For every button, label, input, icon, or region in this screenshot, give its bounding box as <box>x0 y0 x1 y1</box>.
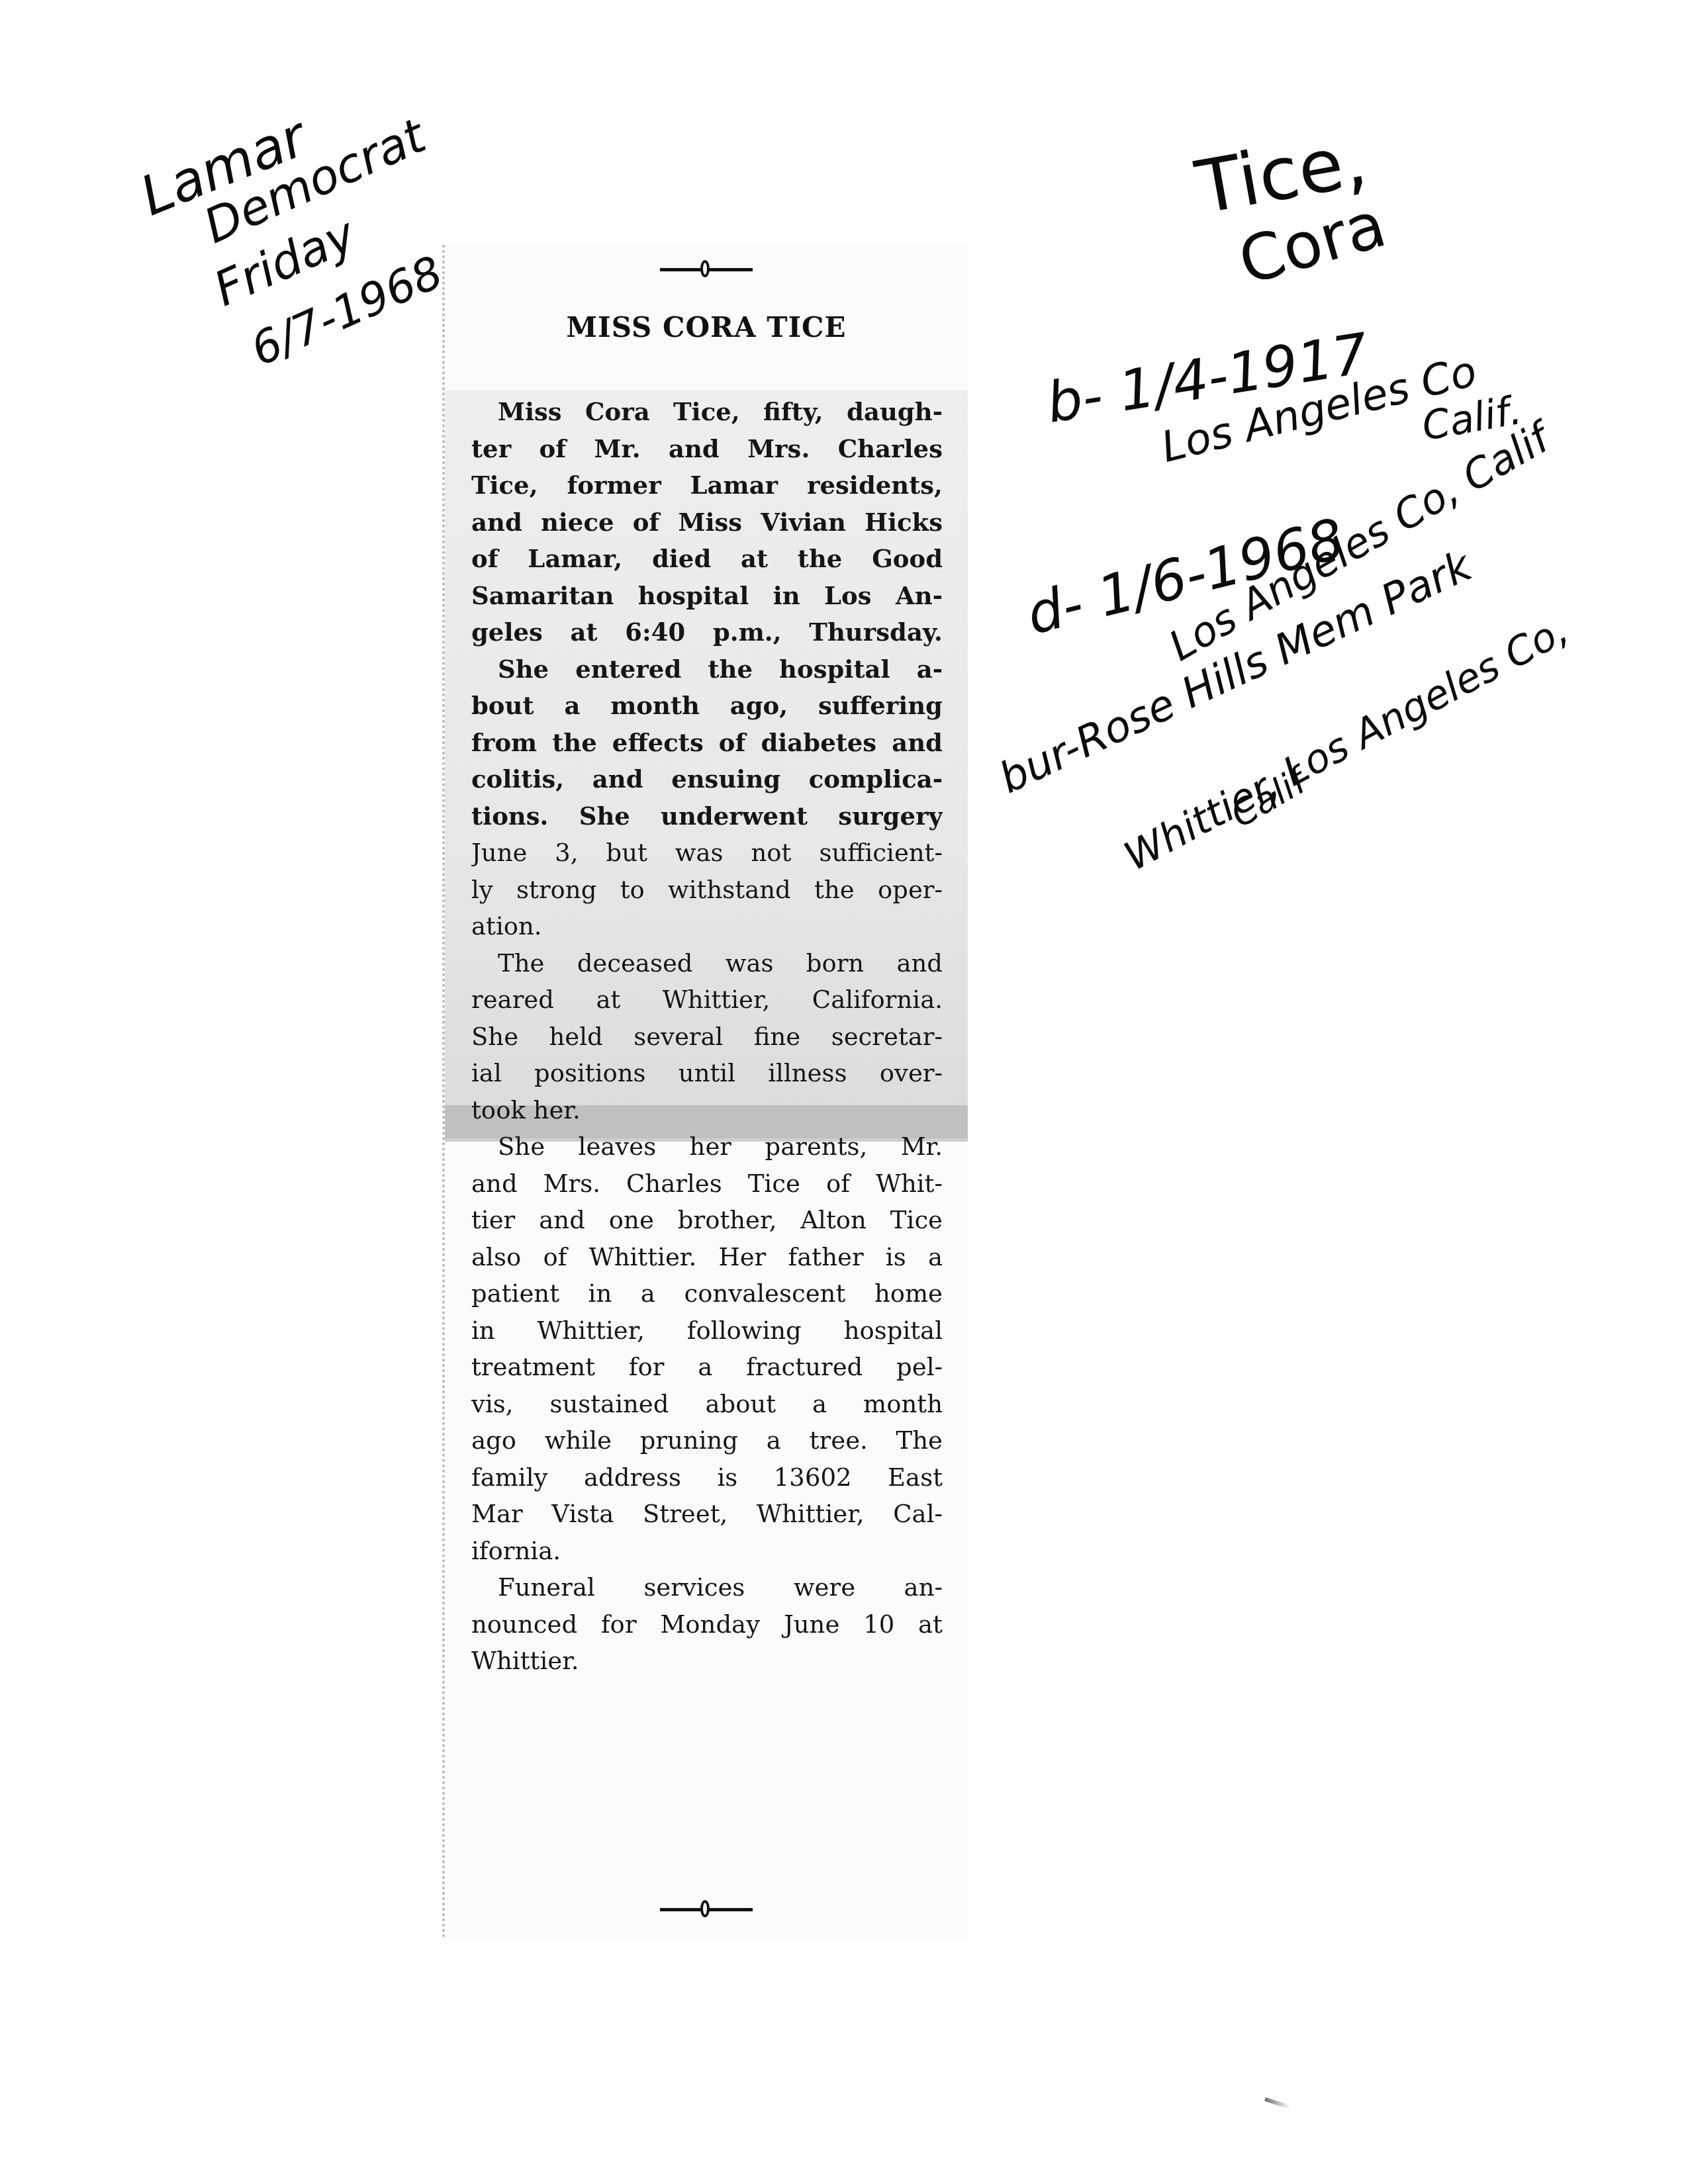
obituary-text-line: ation. <box>471 908 943 945</box>
obituary-text-line: ial positions until illness over- <box>471 1055 943 1092</box>
obituary-text-line: She leaves her parents, Mr. <box>471 1128 943 1165</box>
obituary-text-line: Tice, former Lamar residents, <box>471 467 943 504</box>
obituary-text-line: ifornia. <box>471 1533 943 1570</box>
obituary-text-line: colitis, and ensuing complica- <box>471 761 943 798</box>
bottom-divider-ornament <box>660 1899 753 1919</box>
scan-smudge-mark <box>1264 2097 1291 2109</box>
obituary-text-line: also of Whittier. Her father is a <box>471 1239 943 1276</box>
obituary-text-line: from the effects of diabetes and <box>471 725 943 762</box>
obituary-text-line: took her. <box>471 1092 943 1129</box>
obituary-text-line: nounced for Monday June 10 at <box>471 1606 943 1643</box>
top-divider-ornament <box>660 259 753 279</box>
obituary-text-line: reared at Whittier, California. <box>471 981 943 1019</box>
obituary-text-line: bout a month ago, suffering <box>471 688 943 725</box>
obituary-text-line: ter of Mr. and Mrs. Charles <box>471 431 943 468</box>
obituary-text-line: tions. She underwent surgery <box>471 798 943 835</box>
obituary-text-line: treatment for a fractured pel- <box>471 1349 943 1386</box>
obituary-text-line: family address is 13602 East <box>471 1459 943 1496</box>
obituary-text-line: Mar Vista Street, Whittier, Cal- <box>471 1496 943 1533</box>
obituary-text-line: Samaritan hospital in Los An- <box>471 578 943 615</box>
obituary-text-line: Whittier. <box>471 1643 943 1680</box>
obituary-text-line: vis, sustained about a month <box>471 1386 943 1423</box>
obituary-text-line: tier and one brother, Alton Tice <box>471 1202 943 1239</box>
obituary-text-line: She entered the hospital a- <box>471 651 943 688</box>
obituary-text-line: June 3, but was not sufficient- <box>471 835 943 872</box>
obituary-text-line: The deceased was born and <box>471 945 943 982</box>
obituary-text-line: ly strong to withstand the oper- <box>471 872 943 909</box>
obituary-text-line: ago while pruning a tree. The <box>471 1422 943 1459</box>
newspaper-clipping: MISS CORA TICE Miss Cora Tice, fifty, da… <box>442 245 968 1939</box>
obituary-body: Miss Cora Tice, fifty, daugh-ter of Mr. … <box>471 394 943 1680</box>
obituary-text-line: geles at 6:40 p.m., Thursday. <box>471 614 943 651</box>
obituary-text-line: She held several fine secretar- <box>471 1019 943 1056</box>
obituary-text-line: of Lamar, died at the Good <box>471 541 943 578</box>
obituary-text-line: Funeral services were an- <box>471 1569 943 1606</box>
obituary-text-line: Miss Cora Tice, fifty, daugh- <box>471 394 943 431</box>
obituary-headline: MISS CORA TICE <box>445 311 968 343</box>
obituary-text-line: in Whittier, following hospital <box>471 1312 943 1349</box>
obituary-text-line: and niece of Miss Vivian Hicks <box>471 504 943 541</box>
obituary-text-line: patient in a convalescent home <box>471 1275 943 1312</box>
scanned-document-page: Lamar Democrat Friday 6/7-1968 Tice, Cor… <box>0 0 1688 2184</box>
obituary-text-line: and Mrs. Charles Tice of Whit- <box>471 1165 943 1203</box>
